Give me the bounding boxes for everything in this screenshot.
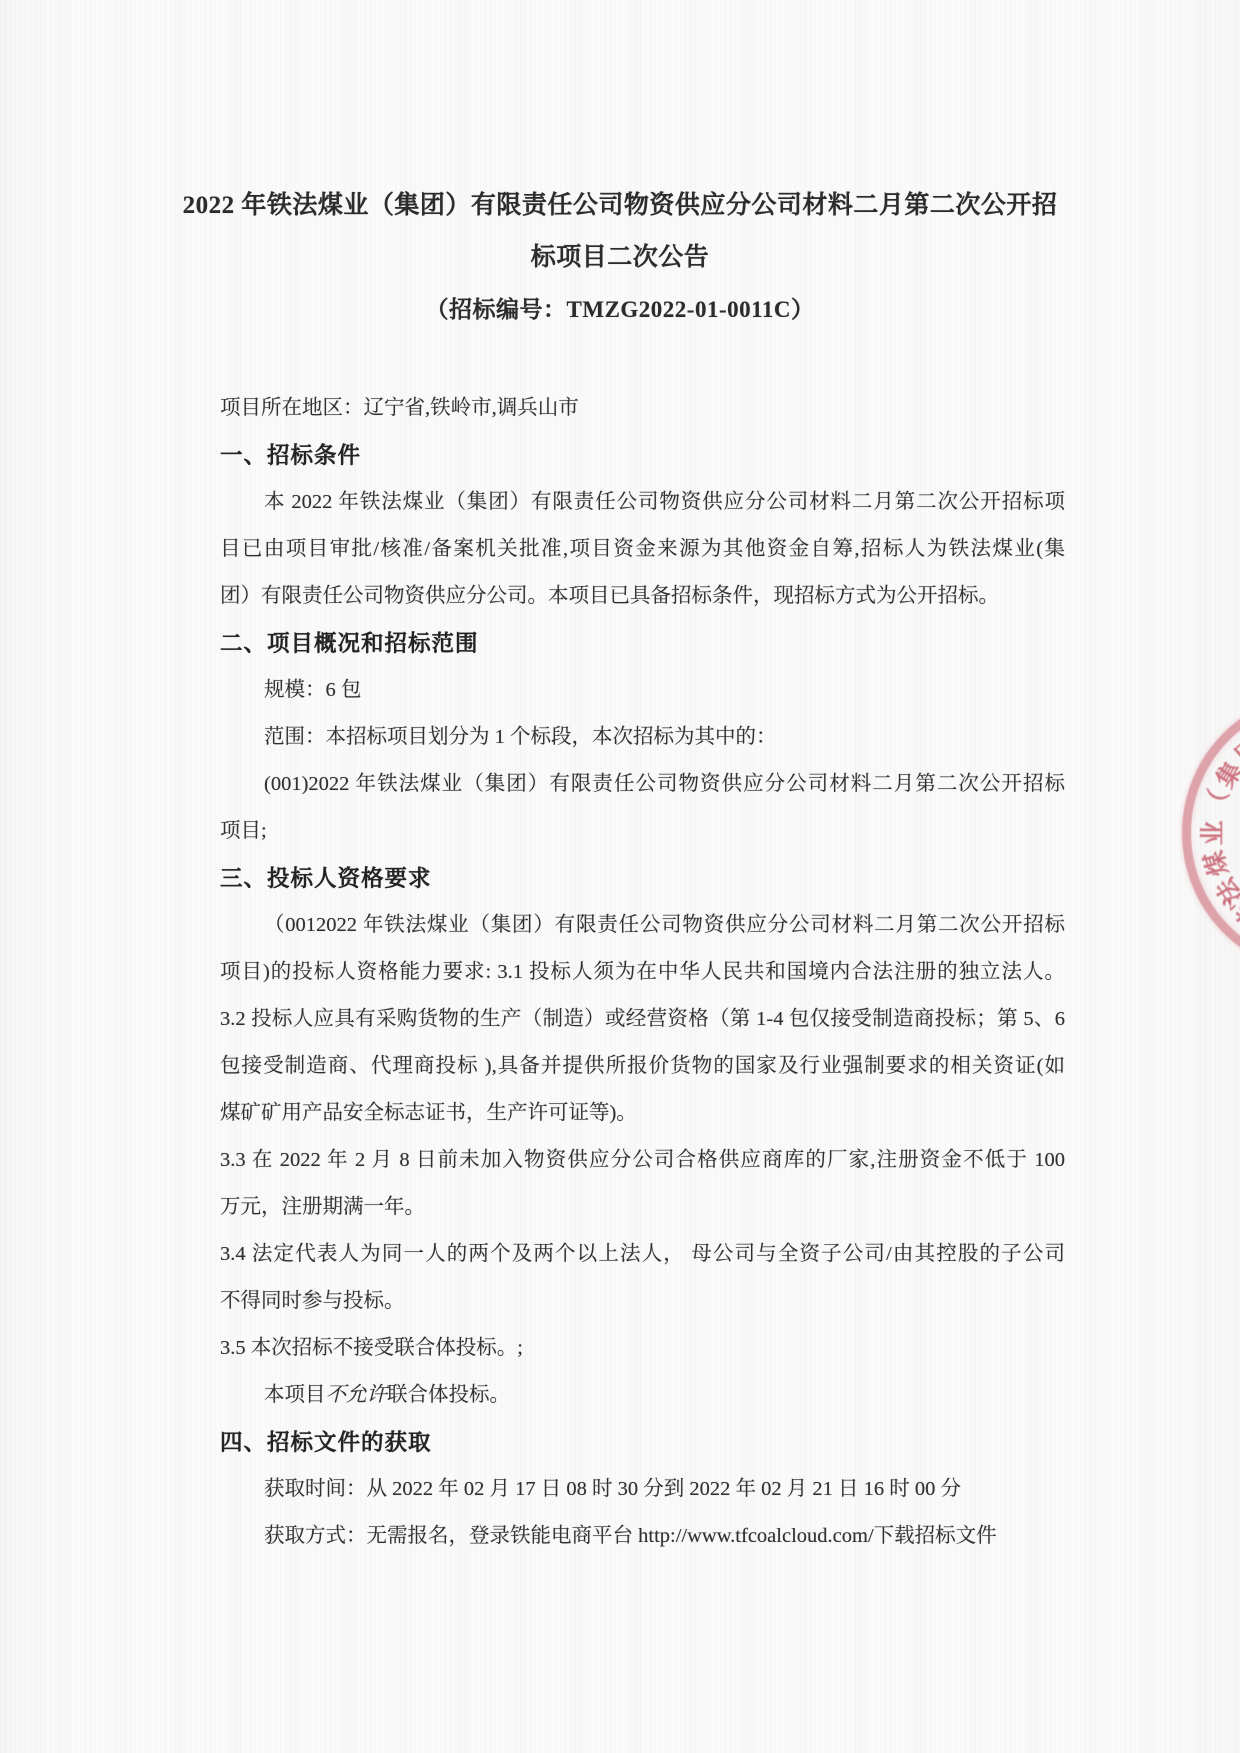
doc-line: 煤矿矿用产品安全标志证书，生产许可证等)。 xyxy=(220,1090,1065,1137)
doc-line: 不得同时参与投标。 xyxy=(220,1278,1065,1325)
joint-bid-note-suffix: 联合体投标。 xyxy=(387,1384,510,1406)
stamp-ring xyxy=(1182,692,1240,974)
official-stamp: 铁 法 煤 业 （ 集 团 2 xyxy=(1182,692,1240,974)
section-heading-3: 三、投标人资格要求 xyxy=(220,855,1065,902)
doc-line: (001)2022 年铁法煤业（集团）有限责任公司物资供应分公司材料二月第二次公… xyxy=(220,761,1065,808)
joint-bid-note-prefix: 本项目 xyxy=(264,1384,326,1406)
project-location-line: 项目所在地区：辽宁省,铁岭市,调兵山市 xyxy=(220,385,1065,432)
doc-line: 3.3 在 2022 年 2 月 8 日前未加入物资供应分公司合格供应商库的厂家… xyxy=(220,1137,1065,1184)
document-title-line-2: 标项目二次公告 xyxy=(95,232,1145,284)
doc-line: 项目; xyxy=(220,808,1065,855)
stamp-char: 团 xyxy=(1227,728,1240,771)
doc-line: 3.5 本次招标不接受联合体投标。; xyxy=(220,1325,1065,1372)
doc-line: 目已由项目审批/核准/备案机关批准,项目资金来源为其他资金自筹,招标人为铁法煤业… xyxy=(220,526,1065,573)
scope-line: 范围：本招标项目划分为 1 个标段，本次招标为其中的： xyxy=(220,714,1065,761)
doc-line: 本 2022 年铁法煤业（集团）有限责任公司物资供应分公司材料二月第二次公开招标… xyxy=(220,479,1065,526)
doc-line: 3.2 投标人应具有采购货物的生产（制造）或经营资格（第 1-4 包仅接受制造商… xyxy=(220,996,1065,1043)
scale-line: 规模：6 包 xyxy=(220,667,1065,714)
doc-line: 3.4 法定代表人为同一人的两个及两个以上法人， 母公司与全资子公司/由其控股的… xyxy=(220,1231,1065,1278)
joint-bid-note-line: 本项目不允许联合体投标。 xyxy=(220,1372,1065,1419)
joint-bid-note-emphasis: 不允许 xyxy=(326,1384,388,1406)
doc-line: 团）有限责任公司物资供应分公司。本项目已具备招标条件，现招标方式为公开招标。 xyxy=(220,573,1065,620)
document-body: 项目所在地区：辽宁省,铁岭市,调兵山市 一、招标条件 本 2022 年铁法煤业（… xyxy=(220,385,1065,1560)
section-heading-1: 一、招标条件 xyxy=(220,432,1065,479)
obtain-time-line: 获取时间：从 2022 年 02 月 17 日 08 时 30 分到 2022 … xyxy=(220,1466,1065,1513)
doc-line: 包接受制造商、代理商投标 ),具备并提供所报价货物的国家及行业强制要求的相关资证… xyxy=(220,1043,1065,1090)
document-title-block: 2022 年铁法煤业（集团）有限责任公司物资供应分公司材料二月第二次公开招 标项… xyxy=(95,180,1145,336)
stamp-char: 法 xyxy=(1206,872,1240,912)
stamp-char: 铁 xyxy=(1227,894,1240,937)
doc-line: （0012022 年铁法煤业（集团）有限责任公司物资供应分公司材料二月第二次公开… xyxy=(220,902,1065,949)
document-page: 2022 年铁法煤业（集团）有限责任公司物资供应分公司材料二月第二次公开招 标项… xyxy=(0,0,1240,1753)
stamp-char: （ xyxy=(1194,785,1236,819)
section-heading-2: 二、项目概况和招标范围 xyxy=(220,620,1065,667)
stamp-char: 业 xyxy=(1193,820,1229,845)
stamp-digit: 2 xyxy=(1220,895,1240,915)
obtain-method-line: 获取方式：无需报名，登录铁能电商平台 http://www.tfcoalclou… xyxy=(220,1513,1065,1560)
stamp-char: 煤 xyxy=(1194,847,1236,881)
stamp-char: 集 xyxy=(1206,754,1240,794)
document-title-line-1: 2022 年铁法煤业（集团）有限责任公司物资供应分公司材料二月第二次公开招 xyxy=(95,180,1145,232)
section-heading-4: 四、招标文件的获取 xyxy=(220,1419,1065,1466)
tender-number-line: （招标编号：TMZG2022-01-0011C） xyxy=(95,284,1145,336)
doc-line: 万元，注册期满一年。 xyxy=(220,1184,1065,1231)
doc-line: 项目)的投标人资格能力要求: 3.1 投标人须为在中华人民共和国境内合法注册的独… xyxy=(220,949,1065,996)
